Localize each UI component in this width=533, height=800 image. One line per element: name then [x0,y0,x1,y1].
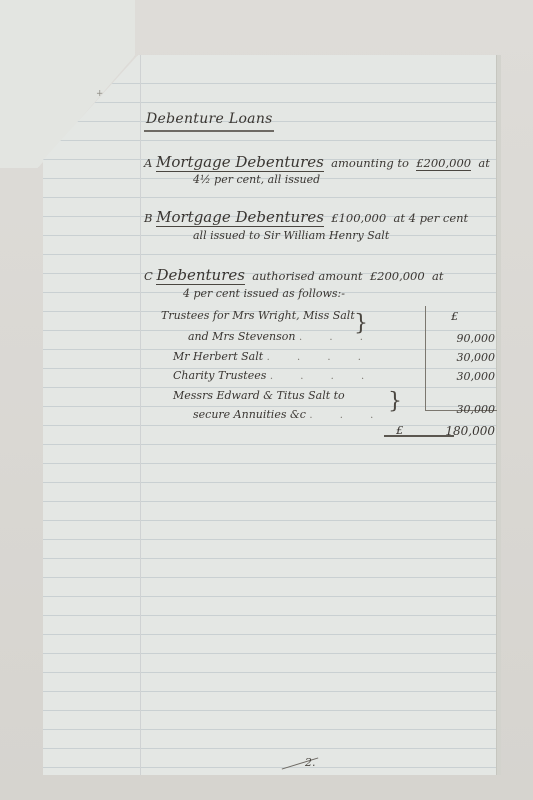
holder-2: Mr Herbert Salt . . . . [173,350,373,363]
title-underline [144,130,274,132]
amount-1: 90,000 [435,332,495,345]
leader-dots: . . . . [270,371,376,382]
section-a-amount: £200,000 [416,156,471,171]
holder-1-line1: Trustees for Mrs Wright, Miss Salt [161,309,355,322]
holder-2-text: Mr Herbert Salt [173,350,263,363]
currency-header: £ [451,309,458,323]
brace-icon: } [388,389,402,414]
holder-4-line1: Messrs Edward & Titus Salt to [173,389,345,402]
section-c-letter: C [144,269,153,283]
brace-icon: } [354,311,368,336]
document-title: Debenture Loans [146,111,273,127]
amount-2: 30,000 [435,351,495,364]
section-c-text: authorised amount [252,269,362,283]
section-a-letter: A [144,156,152,170]
section-c-amount: £200,000 [370,269,425,283]
section-a-heading: Mortgage Debentures [156,153,324,172]
section-a-line1: A Mortgage Debentures amounting to £200,… [144,153,490,171]
leader-dots: . . . . [267,352,373,363]
section-b-letter: B [144,211,152,225]
ledger-sheet: Debenture Loans A Mortgage Debentures am… [43,55,501,775]
page-number: 2. [305,756,316,769]
section-b-amount: £100,000 [331,211,386,225]
section-b-line1: B Mortgage Debentures £100,000 at 4 per … [144,208,468,226]
margin-line [140,55,141,775]
section-a-line2: 4½ per cent, all issued [193,173,320,186]
amount-column-rule [425,306,426,410]
holder-1-line2-text: and Mrs Stevenson [188,330,295,343]
section-c-heading: Debentures [156,266,244,285]
total-double-rule [384,435,454,437]
holder-4-line2-text: secure Annuities &c [193,408,306,421]
amount-3: 30,000 [435,370,495,383]
amount-4: 30,000 [435,403,495,416]
section-a-end: at [478,156,489,170]
holder-4-line2: secure Annuities &c . . . [193,408,385,421]
section-b-end: at 4 per cent [393,211,468,225]
section-b-heading: Mortgage Debentures [156,208,324,227]
section-b-line2: all issued to Sir William Henry Salt [193,229,389,242]
holder-1-line2: and Mrs Stevenson . . . [188,330,375,343]
section-a-text: amounting to [331,156,409,170]
section-c-line1: C Debentures authorised amount £200,000 … [144,266,443,284]
page-edge-stack [496,55,501,775]
leader-dots: . . . [309,410,385,421]
section-c-line2: 4 per cent issued as follows:- [183,287,345,300]
holder-3-text: Charity Trustees [173,369,266,382]
holder-3: Charity Trustees . . . . [173,369,376,382]
section-c-end: at [432,269,443,283]
